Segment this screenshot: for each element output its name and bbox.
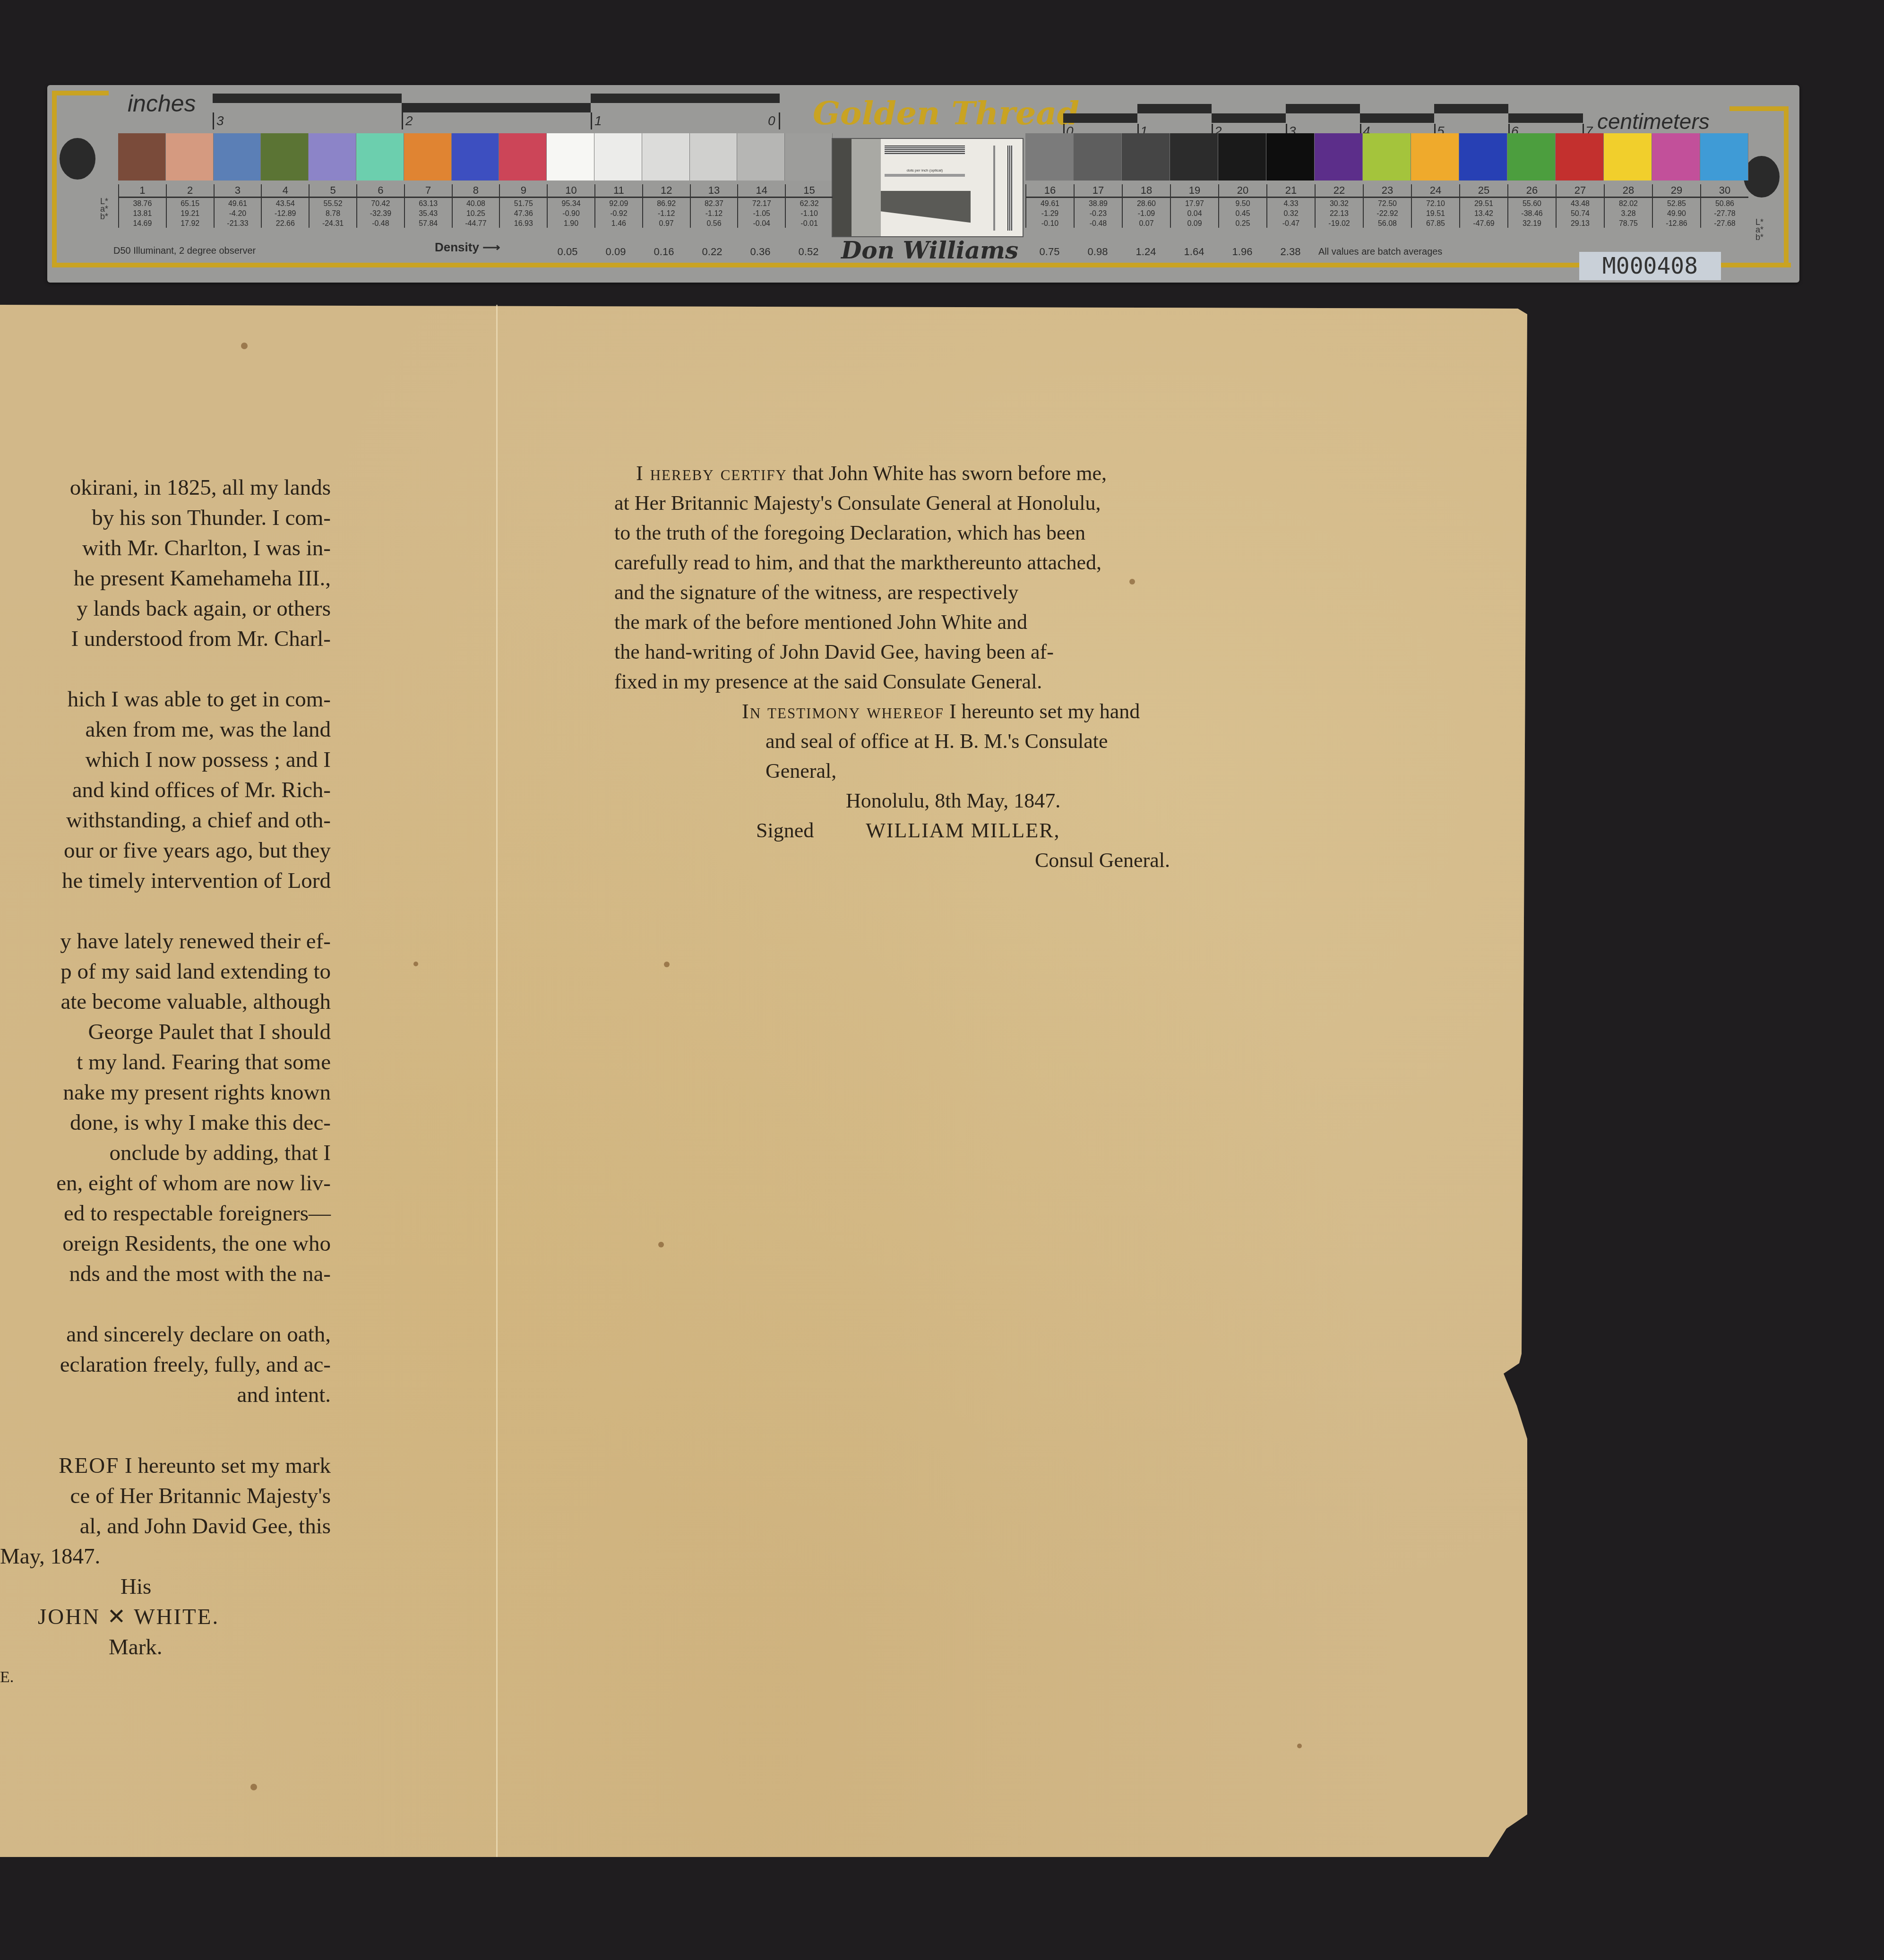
lab-l: 72.17 bbox=[738, 198, 785, 208]
patch-number: 15 bbox=[786, 184, 833, 198]
lab-a: -1.29 bbox=[1026, 208, 1074, 218]
declaration-line: onclude by adding, that I bbox=[0, 1138, 331, 1168]
color-patch bbox=[1652, 133, 1700, 181]
resolution-axis-label: dots per inch (optical) bbox=[885, 168, 965, 172]
certificate-line: carefully read to him, and that the mark… bbox=[614, 548, 1170, 577]
color-patch bbox=[214, 133, 261, 181]
lab-l: 38.89 bbox=[1075, 198, 1122, 208]
lab-l: 92.09 bbox=[595, 198, 642, 208]
patch-number: 11 bbox=[595, 184, 642, 198]
lab-l: 30.32 bbox=[1316, 198, 1363, 208]
density-values-b: 0.750.981.241.641.962.38 bbox=[1025, 246, 1315, 258]
lab-value-column: 2743.4850.7429.13 bbox=[1556, 184, 1604, 228]
declaration-line: t my land. Fearing that some bbox=[0, 1047, 331, 1077]
gold-border-top-left bbox=[52, 91, 109, 95]
density-value: 1.24 bbox=[1122, 246, 1170, 258]
declaration-line: he present Kamehameha III., bbox=[0, 563, 331, 593]
foxing-spot bbox=[250, 1784, 257, 1790]
color-patch bbox=[785, 133, 833, 181]
certificate-line: to the truth of the foregoing Declaratio… bbox=[614, 518, 1170, 548]
lab-a: 0.04 bbox=[1171, 208, 1218, 218]
lab-b: 16.93 bbox=[500, 218, 547, 228]
lab-value-column: 555.528.78-24.31 bbox=[309, 184, 356, 228]
patch-number: 3 bbox=[215, 184, 261, 198]
inches-label: inches bbox=[128, 90, 196, 117]
lab-b: 29.13 bbox=[1557, 218, 1604, 228]
lab-a: 3.28 bbox=[1605, 208, 1652, 218]
patch-number: 23 bbox=[1364, 184, 1411, 198]
lab-l: 4.33 bbox=[1267, 198, 1315, 208]
lab-b: -47.69 bbox=[1460, 218, 1507, 228]
lab-axis-left: L*a*b* bbox=[100, 198, 108, 220]
lab-value-column: 2472.1019.5167.85 bbox=[1411, 184, 1459, 228]
lab-a: -1.10 bbox=[786, 208, 833, 218]
lab-a: 35.43 bbox=[405, 208, 452, 218]
certificate-line: the hand-writing of John David Gee, havi… bbox=[614, 637, 1170, 667]
lab-value-column: 2529.5113.42-47.69 bbox=[1459, 184, 1507, 228]
patch-number: 7 bbox=[405, 184, 452, 198]
lab-value-column: 670.42-32.39-0.48 bbox=[356, 184, 404, 228]
arrow-right-icon: ⟶ bbox=[482, 240, 500, 254]
lab-l: 70.42 bbox=[357, 198, 404, 208]
certificate-line: and the signature of the witness, are re… bbox=[614, 577, 1170, 607]
lab-a: -0.23 bbox=[1075, 208, 1122, 218]
lab-a: 13.81 bbox=[119, 208, 166, 218]
patch-number: 21 bbox=[1267, 184, 1315, 198]
density-label: Density ⟶ bbox=[435, 240, 500, 255]
density-value: 0.52 bbox=[784, 246, 833, 258]
declaration-line: en, eight of whom are now liv- bbox=[0, 1168, 331, 1198]
lab-a: -1.05 bbox=[738, 208, 785, 218]
color-patch bbox=[1170, 133, 1218, 181]
color-patch bbox=[499, 133, 547, 181]
declaration-line: y lands back again, or others bbox=[0, 593, 331, 624]
lab-a: -38.46 bbox=[1508, 208, 1556, 218]
color-patch bbox=[1459, 133, 1507, 181]
lab-l: 55.52 bbox=[310, 198, 356, 208]
lab-a: -4.20 bbox=[215, 208, 261, 218]
lab-value-column: 2952.8549.90-12.86 bbox=[1652, 184, 1700, 228]
patch-number: 27 bbox=[1557, 184, 1604, 198]
punch-hole-right bbox=[1744, 156, 1780, 198]
lab-b: 0.09 bbox=[1171, 218, 1218, 228]
declaration-line: our or five years ago, but they bbox=[0, 835, 331, 866]
lab-l: 38.76 bbox=[119, 198, 166, 208]
declaration-line: nake my present rights known bbox=[0, 1077, 331, 1108]
signature-line: SignedWILLIAM MILLER, bbox=[614, 816, 1170, 845]
lab-value-column: 3050.86-27.78-27.68 bbox=[1700, 184, 1748, 228]
lab-value-column: 1562.32-1.10-0.01 bbox=[785, 184, 833, 228]
color-patch bbox=[1363, 133, 1411, 181]
declaration-line: okirani, in 1825, all my lands bbox=[0, 473, 331, 503]
lab-a: 0.45 bbox=[1219, 208, 1266, 218]
lab-l: 55.60 bbox=[1508, 198, 1556, 208]
color-patch bbox=[1266, 133, 1315, 181]
patch-number: 22 bbox=[1316, 184, 1363, 198]
lab-value-column: 1192.09-0.921.46 bbox=[594, 184, 642, 228]
color-patch bbox=[261, 133, 309, 181]
lab-values-16-30: 1649.61-1.29-0.101738.89-0.23-0.481828.6… bbox=[1025, 184, 1748, 228]
color-patch bbox=[737, 133, 785, 181]
patch-number: 16 bbox=[1026, 184, 1074, 198]
patch-number: 13 bbox=[691, 184, 738, 198]
lab-b: -0.01 bbox=[786, 218, 833, 228]
declaration-line: with Mr. Charlton, I was in- bbox=[0, 533, 331, 563]
lab-l: 82.37 bbox=[691, 198, 738, 208]
color-patch bbox=[1122, 133, 1170, 181]
lab-b: 78.75 bbox=[1605, 218, 1652, 228]
lab-b: -27.68 bbox=[1701, 218, 1748, 228]
lab-l: 29.51 bbox=[1460, 198, 1507, 208]
lab-b: -12.86 bbox=[1653, 218, 1700, 228]
cm-scale-bars bbox=[1063, 104, 1583, 123]
lab-l: 62.32 bbox=[786, 198, 833, 208]
lab-value-column: 214.330.32-0.47 bbox=[1266, 184, 1315, 228]
lab-b: 32.19 bbox=[1508, 218, 1556, 228]
batch-note: All values are batch averages bbox=[1318, 247, 1442, 258]
foxing-spot bbox=[413, 962, 418, 966]
lab-value-column: 951.7547.3616.93 bbox=[499, 184, 547, 228]
certificate-line: fixed in my presence at the said Consula… bbox=[614, 667, 1170, 696]
lab-b: 67.85 bbox=[1412, 218, 1459, 228]
color-patch bbox=[1074, 133, 1122, 181]
color-patch bbox=[1700, 133, 1748, 181]
lab-value-column: 1738.89-0.23-0.48 bbox=[1074, 184, 1122, 228]
lab-value-column: 2882.023.2878.75 bbox=[1604, 184, 1652, 228]
brand-don-williams: Don Williams bbox=[841, 236, 1018, 264]
lab-l: 43.48 bbox=[1557, 198, 1604, 208]
foxing-spot bbox=[241, 343, 248, 349]
patch-number: 2 bbox=[167, 184, 214, 198]
lab-a: -0.90 bbox=[548, 208, 594, 218]
lab-b: -19.02 bbox=[1316, 218, 1363, 228]
lab-b: -0.48 bbox=[1075, 218, 1122, 228]
patch-number: 9 bbox=[500, 184, 547, 198]
density-values-a: 0.050.090.160.220.360.52 bbox=[543, 246, 833, 258]
lab-b: -0.10 bbox=[1026, 218, 1074, 228]
foxing-spot bbox=[1297, 1744, 1302, 1748]
patch-number: 17 bbox=[1075, 184, 1122, 198]
lab-l: 72.10 bbox=[1412, 198, 1459, 208]
lab-a: -22.92 bbox=[1364, 208, 1411, 218]
lab-l: 17.97 bbox=[1171, 198, 1218, 208]
lab-value-column: 1917.970.040.09 bbox=[1170, 184, 1218, 228]
certificate-line: I hereby certify that John White has swo… bbox=[614, 458, 1170, 488]
gold-border-left bbox=[52, 91, 57, 266]
color-patch bbox=[594, 133, 642, 181]
lab-a: 22.13 bbox=[1316, 208, 1363, 218]
lab-l: 40.08 bbox=[453, 198, 499, 208]
density-value: 1.64 bbox=[1170, 246, 1218, 258]
declaration-line: George Paulet that I should bbox=[0, 1017, 331, 1047]
density-value: 0.36 bbox=[736, 246, 784, 258]
patch-number: 5 bbox=[310, 184, 356, 198]
declaration-line: hich I was able to get in com- bbox=[0, 684, 331, 714]
lab-a: -32.39 bbox=[357, 208, 404, 218]
declaration-line bbox=[0, 654, 331, 684]
punch-hole-left bbox=[60, 138, 95, 180]
lab-b: -0.04 bbox=[738, 218, 785, 228]
lab-a: 13.42 bbox=[1460, 208, 1507, 218]
density-value: 1.96 bbox=[1218, 246, 1266, 258]
lab-value-column: 763.1335.4357.84 bbox=[404, 184, 452, 228]
lab-l: 43.54 bbox=[262, 198, 309, 208]
color-patch bbox=[547, 133, 594, 181]
lab-value-column: 265.1519.2117.92 bbox=[166, 184, 214, 228]
lab-values-1-15: 138.7613.8114.69265.1519.2117.92349.61-4… bbox=[118, 184, 833, 228]
density-value: 2.38 bbox=[1266, 246, 1315, 258]
lab-l: 65.15 bbox=[167, 198, 214, 208]
declaration-line: aken from me, was the land bbox=[0, 714, 331, 745]
density-value: 0.22 bbox=[688, 246, 736, 258]
declaration-line: ate become valuable, although bbox=[0, 987, 331, 1017]
lab-l: 28.60 bbox=[1123, 198, 1170, 208]
left-page-declaration-text: okirani, in 1825, all my landsby his son… bbox=[0, 473, 331, 1440]
page-fold bbox=[496, 305, 498, 1857]
lab-value-column: 1472.17-1.05-0.04 bbox=[737, 184, 785, 228]
lab-a: 19.51 bbox=[1412, 208, 1459, 218]
lab-a: 8.78 bbox=[310, 208, 356, 218]
lab-b: 57.84 bbox=[405, 218, 452, 228]
color-patch bbox=[404, 133, 452, 181]
place-date: Honolulu, 8th May, 1847. bbox=[614, 786, 1170, 816]
declaration-line: and intent. bbox=[0, 1380, 331, 1410]
declaration-line: ed to respectable foreigners— bbox=[0, 1198, 331, 1229]
john-white-signature: JOHN ✕ WHITE. bbox=[0, 1602, 331, 1632]
lab-a: -1.09 bbox=[1123, 208, 1170, 218]
color-patch bbox=[118, 133, 166, 181]
lab-a: 0.32 bbox=[1267, 208, 1315, 218]
testimony-line: In testimony whereof I hereunto set my h… bbox=[614, 696, 1170, 726]
lab-l: 50.86 bbox=[1701, 198, 1748, 208]
patch-number: 4 bbox=[262, 184, 309, 198]
lab-l: 86.92 bbox=[643, 198, 690, 208]
lab-value-column: 840.0810.25-44.77 bbox=[452, 184, 499, 228]
lab-l: 49.61 bbox=[1026, 198, 1074, 208]
lab-b: 22.66 bbox=[262, 218, 309, 228]
lab-value-column: 443.54-12.8922.66 bbox=[261, 184, 309, 228]
gold-border-right bbox=[1784, 106, 1789, 267]
lab-l: 63.13 bbox=[405, 198, 452, 208]
lab-b: 0.07 bbox=[1123, 218, 1170, 228]
left-page-testimony: REOF I hereunto set my mark ce of Her Br… bbox=[0, 1451, 331, 1693]
color-patch bbox=[166, 133, 214, 181]
lab-b: 0.56 bbox=[691, 218, 738, 228]
color-patch bbox=[309, 133, 356, 181]
declaration-line: and kind offices of Mr. Rich- bbox=[0, 775, 331, 805]
declaration-line: eclaration freely, fully, and ac- bbox=[0, 1350, 331, 1380]
patch-number: 29 bbox=[1653, 184, 1700, 198]
patch-number: 25 bbox=[1460, 184, 1507, 198]
testimony-line: General, bbox=[614, 756, 1170, 786]
lab-value-column: 2230.3222.13-19.02 bbox=[1315, 184, 1363, 228]
lab-b: -0.48 bbox=[357, 218, 404, 228]
color-calibration-target: inches centimeters 3 2 1 0 Golden Thread… bbox=[47, 85, 1799, 283]
declaration-line: and sincerely declare on oath, bbox=[0, 1319, 331, 1350]
color-patches-1-15 bbox=[118, 133, 833, 181]
declaration-line: done, is why I make this dec- bbox=[0, 1108, 331, 1138]
foxing-spot bbox=[664, 962, 670, 967]
color-patch bbox=[1218, 133, 1266, 181]
inch-scale-bars bbox=[213, 94, 780, 112]
lab-l: 52.85 bbox=[1653, 198, 1700, 208]
certificate-line: at Her Britannic Majesty's Consulate Gen… bbox=[614, 488, 1170, 518]
patch-number: 19 bbox=[1171, 184, 1218, 198]
patch-number: 12 bbox=[643, 184, 690, 198]
centimeters-label: centimeters bbox=[1597, 109, 1710, 134]
density-value: 0.09 bbox=[592, 246, 640, 258]
declaration-line: withstanding, a chief and oth- bbox=[0, 805, 331, 835]
lab-value-column: 1095.34-0.901.90 bbox=[547, 184, 594, 228]
lab-b: 56.08 bbox=[1364, 218, 1411, 228]
color-patch bbox=[1507, 133, 1556, 181]
lab-b: 0.97 bbox=[643, 218, 690, 228]
lab-a: 50.74 bbox=[1557, 208, 1604, 218]
signer-title: Consul General. bbox=[614, 845, 1170, 875]
lab-a: 10.25 bbox=[453, 208, 499, 218]
certificate-line: the mark of the before mentioned John Wh… bbox=[614, 607, 1170, 637]
patch-number: 8 bbox=[453, 184, 499, 198]
lab-value-column: 2372.50-22.9256.08 bbox=[1363, 184, 1411, 228]
color-patch bbox=[356, 133, 404, 181]
color-patch bbox=[1025, 133, 1074, 181]
gold-border-top-right bbox=[1729, 106, 1789, 111]
patch-number: 10 bbox=[548, 184, 594, 198]
declaration-line bbox=[0, 1410, 331, 1440]
declaration-line: by his son Thunder. I com- bbox=[0, 503, 331, 533]
target-id-label: M000408 bbox=[1579, 252, 1721, 280]
lab-a: -27.78 bbox=[1701, 208, 1748, 218]
lab-value-column: 1382.37-1.120.56 bbox=[690, 184, 738, 228]
declaration-line: he timely intervention of Lord bbox=[0, 866, 331, 896]
patch-number: 1 bbox=[119, 184, 166, 198]
declaration-line: which I now possess ; and I bbox=[0, 745, 331, 775]
lab-a: -1.12 bbox=[643, 208, 690, 218]
patch-number: 24 bbox=[1412, 184, 1459, 198]
foxing-spot bbox=[658, 1242, 664, 1247]
lab-l: 82.02 bbox=[1605, 198, 1652, 208]
declaration-line: oreign Residents, the one who bbox=[0, 1229, 331, 1259]
density-value: 0.75 bbox=[1025, 246, 1074, 258]
declaration-line bbox=[0, 896, 331, 926]
lab-a: -12.89 bbox=[262, 208, 309, 218]
color-patch bbox=[690, 133, 738, 181]
density-value: 0.98 bbox=[1074, 246, 1122, 258]
patch-number: 28 bbox=[1605, 184, 1652, 198]
color-patch bbox=[1604, 133, 1652, 181]
lab-b: -21.33 bbox=[215, 218, 261, 228]
patch-number: 14 bbox=[738, 184, 785, 198]
lab-b: 1.90 bbox=[548, 218, 594, 228]
brand-golden-thread: Golden Thread bbox=[813, 95, 1079, 132]
lab-l: 95.34 bbox=[548, 198, 594, 208]
consular-certificate: I hereby certify that John White has swo… bbox=[614, 458, 1170, 875]
lab-value-column: 1828.60-1.090.07 bbox=[1122, 184, 1170, 228]
declaration-line: y have lately renewed their ef- bbox=[0, 926, 331, 956]
density-value: 0.16 bbox=[640, 246, 688, 258]
lab-a: -1.12 bbox=[691, 208, 738, 218]
declaration-line: nds and the most with the na- bbox=[0, 1259, 331, 1289]
lab-value-column: 138.7613.8114.69 bbox=[118, 184, 166, 228]
lab-axis-right: L*a*b* bbox=[1755, 218, 1764, 241]
lab-a: 47.36 bbox=[500, 208, 547, 218]
declaration-line bbox=[0, 1289, 331, 1319]
lab-a: 49.90 bbox=[1653, 208, 1700, 218]
lab-value-column: 1286.92-1.120.97 bbox=[642, 184, 690, 228]
declaration-line: I understood from Mr. Charl- bbox=[0, 624, 331, 654]
color-patch bbox=[1411, 133, 1459, 181]
patch-number: 30 bbox=[1701, 184, 1748, 198]
testimony-line: and seal of office at H. B. M.'s Consula… bbox=[614, 726, 1170, 756]
patch-number: 26 bbox=[1508, 184, 1556, 198]
lab-b: 17.92 bbox=[167, 218, 214, 228]
color-patch bbox=[1315, 133, 1363, 181]
lab-l: 49.61 bbox=[215, 198, 261, 208]
patch-number: 18 bbox=[1123, 184, 1170, 198]
lab-b: 0.25 bbox=[1219, 218, 1266, 228]
lab-a: -0.92 bbox=[595, 208, 642, 218]
color-patch bbox=[642, 133, 690, 181]
color-patch bbox=[1556, 133, 1604, 181]
lab-l: 72.50 bbox=[1364, 198, 1411, 208]
lab-value-column: 1649.61-1.29-0.10 bbox=[1025, 184, 1074, 228]
illuminant-note: D50 Illuminant, 2 degree observer bbox=[113, 246, 256, 257]
lab-l: 9.50 bbox=[1219, 198, 1266, 208]
color-patch bbox=[452, 133, 499, 181]
patch-number: 20 bbox=[1219, 184, 1266, 198]
inch-ruler: 3 2 1 0 bbox=[213, 112, 780, 129]
lab-value-column: 349.61-4.20-21.33 bbox=[214, 184, 261, 228]
lab-value-column: 209.500.450.25 bbox=[1218, 184, 1266, 228]
color-patches-16-30 bbox=[1025, 133, 1748, 181]
lab-b: -44.77 bbox=[453, 218, 499, 228]
patch-number: 6 bbox=[357, 184, 404, 198]
lab-b: -24.31 bbox=[310, 218, 356, 228]
density-value: 0.05 bbox=[543, 246, 592, 258]
lab-value-column: 2655.60-38.4632.19 bbox=[1507, 184, 1556, 228]
declaration-line: p of my said land extending to bbox=[0, 956, 331, 987]
lab-b: -0.47 bbox=[1267, 218, 1315, 228]
lab-b: 14.69 bbox=[119, 218, 166, 228]
lab-a: 19.21 bbox=[167, 208, 214, 218]
lab-l: 51.75 bbox=[500, 198, 547, 208]
lab-b: 1.46 bbox=[595, 218, 642, 228]
resolution-chart: dots per inch (optical) bbox=[832, 138, 1024, 237]
